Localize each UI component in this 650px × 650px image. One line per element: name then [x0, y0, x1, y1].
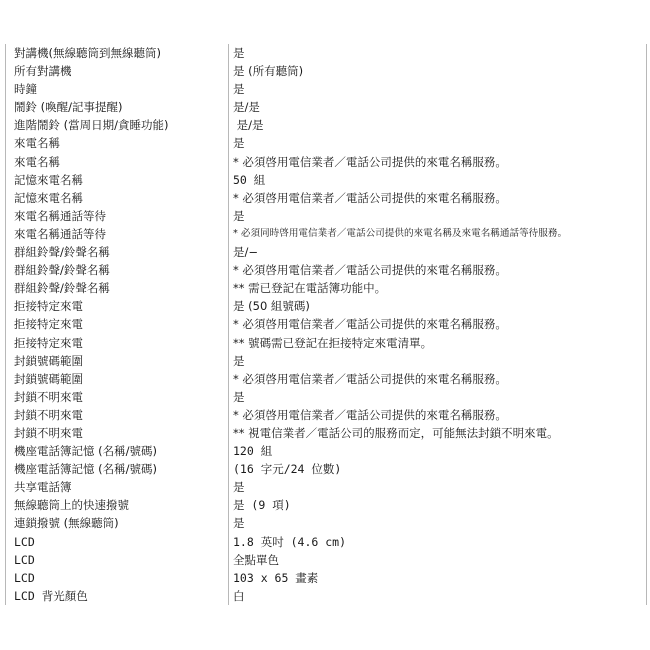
spec-value: ** 視電信業者／電話公司的服務而定，可能無法封鎖不明來電。 — [229, 424, 646, 442]
table-row: 所有對講機是 (所有聽筒) — [6, 62, 646, 80]
spec-label: 來電名稱 — [6, 134, 229, 152]
spec-label: LCD — [6, 551, 229, 569]
table-row: 連鎖撥號 (無線聽筒)是 — [6, 514, 646, 532]
spec-label: 機座電話簿記憶 (名稱/號碼) — [6, 460, 229, 478]
table-row: 無線聽筒上的快速撥號是 (9 項) — [6, 496, 646, 514]
spec-value: * 必須啓用電信業者／電話公司提供的來電名稱服務。 — [229, 406, 646, 424]
spec-label: 對講機(無線聽筒到無線聽筒) — [6, 44, 229, 62]
table-row: 群組鈴聲/鈴聲名稱** 需已登記在電話簿功能中。 — [6, 279, 646, 297]
spec-value: 103 x 65 畫素 — [229, 569, 646, 587]
spec-label: LCD — [6, 533, 229, 551]
table-row: 群組鈴聲/鈴聲名稱* 必須啓用電信業者／電話公司提供的來電名稱服務。 — [6, 261, 646, 279]
spec-value: ** 需已登記在電話簿功能中。 — [229, 279, 646, 297]
table-row: 記憶來電名稱* 必須啓用電信業者／電話公司提供的來電名稱服務。 — [6, 189, 646, 207]
spec-value: * 必須啓用電信業者／電話公司提供的來電名稱服務。 — [229, 189, 646, 207]
spec-value: (16 字元/24 位數) — [229, 460, 646, 478]
spec-value: 是 — [229, 80, 646, 98]
spec-value: 是/− — [229, 243, 646, 261]
spec-value: 50 組 — [229, 171, 646, 189]
spec-label: 封鎖號碼範圍 — [6, 370, 229, 388]
spec-value: 全點單色 — [229, 551, 646, 569]
spec-value: 是 — [229, 478, 646, 496]
spec-label: 拒接特定來電 — [6, 315, 229, 333]
spec-label: 時鐘 — [6, 80, 229, 98]
spec-label: 連鎖撥號 (無線聽筒) — [6, 514, 229, 532]
spec-value: 是 — [229, 44, 646, 62]
spec-value: 是 — [229, 207, 646, 225]
spec-label: LCD 背光顏色 — [6, 587, 229, 605]
spec-value: 是 — [229, 352, 646, 370]
spec-value: 1.8 英吋 (4.6 cm) — [229, 533, 646, 551]
table-row: 封鎖不明來電* 必須啓用電信業者／電話公司提供的來電名稱服務。 — [6, 406, 646, 424]
spec-label: 來電名稱通話等待 — [6, 225, 229, 243]
table-row: LCD 背光顏色白 — [6, 587, 646, 605]
table-row: 進階鬧鈴 (當周日期/貪睡功能) 是/是 — [6, 116, 646, 134]
table-row: 記憶來電名稱50 組 — [6, 171, 646, 189]
spec-label: 來電名稱通話等待 — [6, 207, 229, 225]
table-row: 鬧鈴 (喚醒/記事提醒)是/是 — [6, 98, 646, 116]
table-row: 群組鈴聲/鈴聲名稱是/− — [6, 243, 646, 261]
table-row: 來電名稱是 — [6, 134, 646, 152]
spec-value: 120 組 — [229, 442, 646, 460]
spec-label: 機座電話簿記憶 (名稱/號碼) — [6, 442, 229, 460]
spec-table: 對講機(無線聽筒到無線聽筒)是 所有對講機是 (所有聽筒) 時鐘是 鬧鈴 (喚醒… — [5, 44, 647, 605]
table-row: 來電名稱* 必須啓用電信業者／電話公司提供的來電名稱服務。 — [6, 153, 646, 171]
spec-label: 所有對講機 — [6, 62, 229, 80]
spec-label: 封鎖不明來電 — [6, 424, 229, 442]
spec-value: 白 — [229, 587, 646, 605]
table-row: 共享電話簿是 — [6, 478, 646, 496]
spec-label: 群組鈴聲/鈴聲名稱 — [6, 261, 229, 279]
table-row: LCD1.8 英吋 (4.6 cm) — [6, 533, 646, 551]
table-row: 封鎖不明來電是 — [6, 388, 646, 406]
table-row: 拒接特定來電* 必須啓用電信業者／電話公司提供的來電名稱服務。 — [6, 315, 646, 333]
spec-label: 記憶來電名稱 — [6, 171, 229, 189]
table-row: LCD103 x 65 畫素 — [6, 569, 646, 587]
spec-value: 是 — [229, 134, 646, 152]
spec-label: 拒接特定來電 — [6, 334, 229, 352]
spec-value: * 必須同時啓用電信業者／電話公司提供的來電名稱及來電名稱通話等待服務。 — [229, 225, 646, 243]
table-row: 機座電話簿記憶 (名稱/號碼)(16 字元/24 位數) — [6, 460, 646, 478]
spec-value: 是 — [229, 514, 646, 532]
spec-value: 是 — [229, 388, 646, 406]
spec-label: 封鎖不明來電 — [6, 406, 229, 424]
spec-value: * 必須啓用電信業者／電話公司提供的來電名稱服務。 — [229, 370, 646, 388]
spec-value: ** 號碼需已登記在拒接特定來電清單。 — [229, 334, 646, 352]
spec-value: 是 (50 組號碼) — [229, 297, 646, 315]
spec-value: 是/是 — [229, 116, 646, 134]
table-row: 機座電話簿記憶 (名稱/號碼)120 組 — [6, 442, 646, 460]
spec-label: 來電名稱 — [6, 153, 229, 171]
spec-label: 封鎖號碼範圍 — [6, 352, 229, 370]
spec-label: LCD — [6, 569, 229, 587]
spec-value: 是 (所有聽筒) — [229, 62, 646, 80]
spec-value: 是/是 — [229, 98, 646, 116]
spec-label: 無線聽筒上的快速撥號 — [6, 496, 229, 514]
spec-value: * 必須啓用電信業者／電話公司提供的來電名稱服務。 — [229, 315, 646, 333]
table-row: LCD全點單色 — [6, 551, 646, 569]
table-row: 拒接特定來電** 號碼需已登記在拒接特定來電清單。 — [6, 334, 646, 352]
spec-label: 記憶來電名稱 — [6, 189, 229, 207]
spec-value: * 必須啓用電信業者／電話公司提供的來電名稱服務。 — [229, 153, 646, 171]
table-row: 封鎖不明來電** 視電信業者／電話公司的服務而定，可能無法封鎖不明來電。 — [6, 424, 646, 442]
table-row: 時鐘是 — [6, 80, 646, 98]
spec-value: * 必須啓用電信業者／電話公司提供的來電名稱服務。 — [229, 261, 646, 279]
table-row: 拒接特定來電是 (50 組號碼) — [6, 297, 646, 315]
spec-label: 進階鬧鈴 (當周日期/貪睡功能) — [6, 116, 229, 134]
spec-label: 群組鈴聲/鈴聲名稱 — [6, 279, 229, 297]
table-row: 來電名稱通話等待是 — [6, 207, 646, 225]
spec-label: 拒接特定來電 — [6, 297, 229, 315]
table-row: 封鎖號碼範圍* 必須啓用電信業者／電話公司提供的來電名稱服務。 — [6, 370, 646, 388]
spec-label: 群組鈴聲/鈴聲名稱 — [6, 243, 229, 261]
table-row: 封鎖號碼範圍是 — [6, 352, 646, 370]
spec-label: 鬧鈴 (喚醒/記事提醒) — [6, 98, 229, 116]
spec-label: 封鎖不明來電 — [6, 388, 229, 406]
table-row: 對講機(無線聽筒到無線聽筒)是 — [6, 44, 646, 62]
spec-label: 共享電話簿 — [6, 478, 229, 496]
table-row: 來電名稱通話等待* 必須同時啓用電信業者／電話公司提供的來電名稱及來電名稱通話等… — [6, 225, 646, 243]
spec-value: 是 (9 項) — [229, 496, 646, 514]
